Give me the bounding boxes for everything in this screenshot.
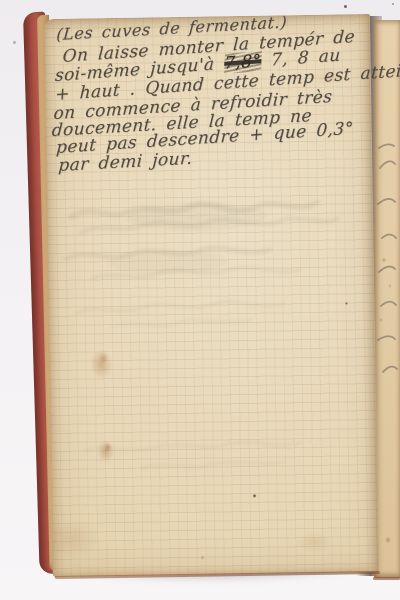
scan-background: { "page": { "title_line": "(Les cuves de… — [0, 0, 400, 600]
handwriting-block: (Les cuves de fermentat.) On laisse mont… — [44, 14, 379, 577]
handwriting-line: par demi jour. — [58, 151, 193, 175]
dust-speck — [13, 41, 16, 44]
facing-page-handwriting-icon — [374, 20, 400, 578]
dust-speck — [344, 5, 347, 8]
facing-page-edge — [374, 20, 400, 578]
notebook-photo: (Les cuves de fermentat.) On laisse mont… — [0, 0, 400, 600]
dust-speck — [392, 3, 394, 5]
notebook-page: (Les cuves de fermentat.) On laisse mont… — [44, 14, 379, 577]
